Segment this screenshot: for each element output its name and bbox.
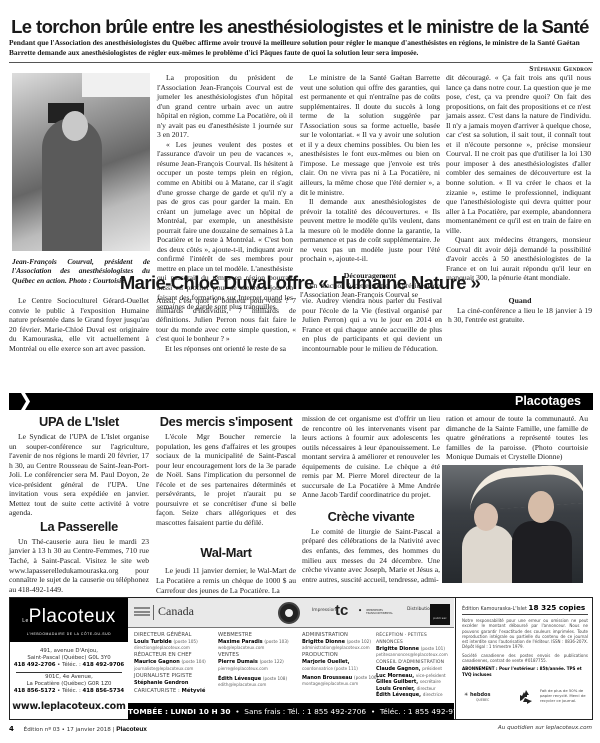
paper-name: Placoteux [116,726,147,733]
paragraph: L'école Mgr Boucher remercie la populati… [156,432,296,527]
paragraph: Le Centre Socioculturel Gérard-Ouellet c… [9,296,149,353]
recycle-icon [518,689,534,705]
recycle-notice: Fait de plus de 50% de papier recyclé. M… [540,689,588,704]
paragraph: ration et amour de toute la communauté. … [446,414,588,462]
postal-notice: Société canadienne des postes envois de … [462,653,588,664]
logo-tagline: L'HEBDOMADAIRE DE LA CÔTE-DU-SUD [10,632,128,636]
paragraph: Le comité de liturgie de Saint-Pascal a … [302,527,440,584]
brief-title: Des mercis s'imposent [156,414,296,429]
brief-mercis: Des mercis s'imposent L'école Mgr Bouche… [156,414,296,595]
hebdos-quebec-logo: ✳ hebdosQUÉBEC [464,692,490,702]
paragraph: Et les réponses ont orienté le reste de … [156,344,296,354]
paragraph: Le jeudi 11 janvier dernier, le Wal-Mart… [156,566,296,595]
edition-info: Édition Kamouraska-L'Islet 18 325 copies… [455,598,593,720]
section-title: Placotages [515,393,581,410]
government-icon [134,607,150,617]
paragraph: La proposition du président de l'Associa… [157,73,293,140]
page-folio: 4 Édition nº 03 • 17 janvier 2018 | Plac… [9,725,147,733]
byline: Stéphanie Gendron [529,64,592,73]
anesthesiologist-photo [12,73,150,251]
page-number: 4 [9,725,14,733]
staff-column-2: WEBMESTRE Maxime Paradis (poste 103) web… [218,631,304,688]
staff-column-4: RÉCEPTION · PETITES ANNONCES Brigitte Di… [376,631,454,698]
divider [9,62,593,63]
brief-title: La Passerelle [9,519,149,534]
brief-creche-cont: ration et amour de toute la communauté. … [446,414,588,462]
sponsor-strip: Canada Impression tc • IMPRIMERIES TRANS… [128,598,454,628]
article-column-2: Aussi, c'est quoi le bonheur pour vous ?… [156,296,296,353]
divider [16,672,122,673]
subscription-info: ABONNEMENT : Pour l'extérieur : 85$/anné… [462,666,588,677]
article-column-3: dit découragé. « Ça fait trois ans qu'il… [446,73,591,283]
article-column-2: Le ministre de la Santé Gaétan Barrette … [300,73,440,300]
paragraph: La ciné-conférence a lieu le 18 janvier … [448,306,592,325]
brief-title: Wal-Mart [156,545,296,560]
staff-column-1: DIRECTEUR GÉNÉRAL Louis Turbide (poste 1… [134,631,220,695]
brief-title: UPA de L'Islet [9,414,149,429]
address-la-pocatiere: 901C, 4e Avenue, La Pocatière (Québec) G… [10,674,128,696]
brief-title: Crèche vivante [302,509,440,524]
masthead-footer: LePlacoteux L'HEBDOMADAIRE DE LA CÔTE-DU… [9,597,593,720]
chevron-right-icon [21,393,31,410]
placoteux-logo: LePlacoteux L'HEBDOMADAIRE DE LA CÔTE-DU… [10,598,128,642]
section-banner: Placotages [9,393,593,410]
paragraph: Le ministre de la Santé Gaétan Barrette … [300,73,440,197]
tc-logo: tc [335,602,348,619]
creche-photo [442,465,583,583]
paragraph: Un Thé-causerie aura lieu le mardi 23 ja… [9,537,149,594]
article-deck: Pendant que l'Association des anesthésio… [9,38,593,58]
paragraph: vie. Audrey viendra nous parler du Festi… [302,296,442,353]
print-run: 18 325 copies [528,603,585,612]
paragraph: mission de cet organisme est d'offrir un… [302,414,440,500]
brief-upa: UPA de L'Islet Le Syndicat de l'UPA de L… [9,414,149,594]
article-headline: Le torchon brûle entre les anesthésiolog… [0,16,600,38]
paragraph: Aussi, c'est quoi le bonheur pour vous ?… [156,296,296,344]
disclaimer: Notre responsabilité pour une erreur ou … [462,618,588,650]
paragraph: dit découragé. « Ça fait trois ans qu'il… [446,73,591,235]
publisac-logo: publi sac [430,604,450,625]
address-saint-pascal: 491, avenue D'Anjou, Saint-Pascal (Québe… [10,648,128,670]
article-column-1: Le Centre Socioculturel Gérard-Ouellet c… [9,296,149,353]
deadline-bar: TOMBÉE : LUNDI 10 H 30 • Sans frais : Té… [128,703,454,720]
article-column-4: Quand La ciné-conférence a lieu le 18 ja… [448,289,592,325]
subhead: Quand [448,296,592,306]
paragraph: Le Syndicat de l'UPA de L'Islet organise… [9,432,149,518]
brief-walmart-cont: mission de cet organisme est d'offrir un… [302,414,440,584]
website-link[interactable]: www.leplacoteux.com [10,701,128,712]
canada-wordmark: Canada [158,604,194,619]
association-seal-icon [278,602,300,624]
website-tagline: Au quotidien sur leplacoteux.com [498,725,592,731]
article-column-3: vie. Audrey viendra nous parler du Festi… [302,296,442,353]
paragraph: Il demande aux anesthésiologistes de pré… [300,197,440,264]
